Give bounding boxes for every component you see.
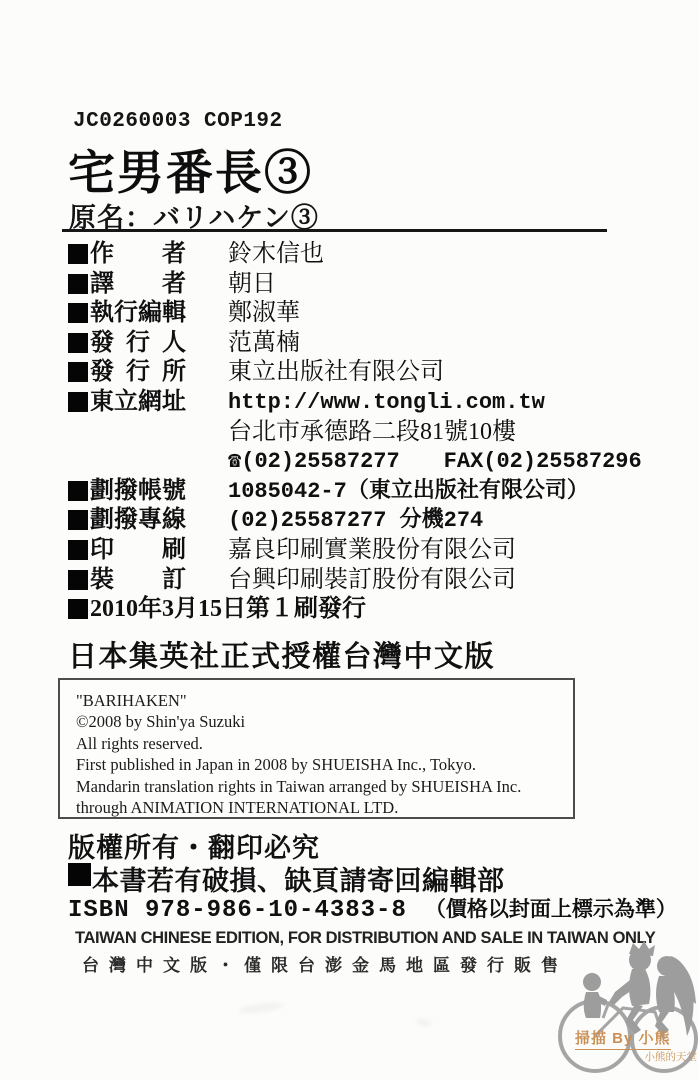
row-value: 東立出版社有限公司 — [228, 359, 444, 386]
row-label: 東立網址 — [90, 389, 186, 416]
row-label: 作者 — [90, 241, 186, 268]
bullet-square-icon — [68, 303, 88, 323]
row-binding: 裝訂 台興印刷裝訂股份有限公司 — [68, 567, 638, 597]
row-executive-editor: 執行編輯 鄭淑華 — [68, 300, 638, 330]
phone-fax-value: ☎(02)25587277 FAX(02)25587296 — [228, 448, 642, 475]
row-value: 朝日 — [228, 271, 276, 298]
row-value: 嘉良印刷實業股份有限公司 — [228, 537, 516, 564]
watermark-text: 掃描 By 小熊 小熊的天堂 — [575, 1030, 697, 1063]
edition-notice-chinese: 台灣中文版・僅限台澎金馬地區發行販售 — [82, 951, 568, 976]
row-value: 鈴木信也 — [228, 241, 324, 268]
row-value: 台興印刷裝訂股份有限公司 — [228, 567, 516, 594]
book-title: 宅男番長③ — [68, 136, 313, 203]
address-value: 台北市承德路二段81號10樓 — [228, 419, 516, 446]
copyright-box: "BARIHAKEN" ©2008 by Shin'ya Suzuki All … — [58, 678, 575, 819]
row-label: 劃撥帳號 — [90, 478, 186, 505]
bullet-square-icon — [68, 570, 88, 590]
bullet-square-icon — [68, 540, 88, 560]
website-url: http://www.tongli.com.tw — [228, 389, 545, 416]
copyright-line: Mandarin translation rights in Taiwan ar… — [76, 776, 573, 797]
row-label: 裝訂 — [90, 567, 186, 594]
license-heading: 日本集英社正式授權台灣中文版 — [68, 634, 495, 675]
row-label: 發行所 — [90, 359, 186, 386]
bullet-square-icon — [68, 362, 88, 382]
row-publisher-person: 發行人 范萬楠 — [68, 330, 638, 360]
row-phone-fax: ☎(02)25587277 FAX(02)25587296 — [68, 448, 638, 478]
bullet-square-icon — [68, 510, 88, 530]
print-date: 2010年3月15日第１刷發行 — [90, 596, 366, 623]
watermark-line2: 小熊的天堂 — [575, 1052, 697, 1064]
bullet-square-icon — [68, 481, 88, 501]
row-value: 范萬楠 — [228, 330, 300, 357]
row-print-date: 2010年3月15日第１刷發行 — [68, 596, 638, 626]
scan-smudge — [238, 1001, 285, 1015]
copyright-line: ©2008 by Shin'ya Suzuki — [76, 711, 573, 732]
row-postal-account: 劃撥帳號 1085042-7（東立出版社有限公司） — [68, 478, 638, 508]
bullet-square-icon — [68, 392, 88, 412]
product-code: JC0260003 COP192 — [73, 110, 283, 133]
copyright-line: All rights reserved. — [76, 733, 573, 754]
isbn-line: ISBN 978-986-10-4383-8 （價格以封面上標示為準） — [68, 893, 677, 924]
scan-smudge — [415, 1017, 432, 1027]
divider-rule — [62, 229, 607, 232]
copyright-line: through ANIMATION INTERNATIONAL LTD. — [76, 797, 573, 818]
row-value: 鄭淑華 — [228, 300, 300, 327]
row-website: 東立網址 http://www.tongli.com.tw — [68, 389, 638, 419]
bullet-square-icon — [68, 244, 88, 264]
bullet-square-icon — [68, 333, 88, 353]
colophon-page: JC0260003 COP192 宅男番長③ 原名：バリハケン③ 作者 鈴木信也… — [0, 0, 698, 1080]
bullet-square-icon — [68, 274, 88, 294]
copyright-line: First published in Japan in 2008 by SHUE… — [76, 754, 573, 775]
row-translator: 譯者 朝日 — [68, 271, 638, 301]
row-label: 發行人 — [90, 330, 186, 357]
row-value: (02)25587277 分機274 — [228, 507, 483, 534]
row-address: 台北市承德路二段81號10樓 — [68, 419, 638, 449]
isbn-code: ISBN 978-986-10-4383-8 — [68, 897, 407, 924]
row-value: 1085042-7（東立出版社有限公司） — [228, 478, 589, 505]
row-printing: 印刷 嘉良印刷實業股份有限公司 — [68, 537, 638, 567]
colophon-table: 作者 鈴木信也 譯者 朝日 執行編輯 鄭淑華 發行人 范萬楠 發行所 東立出版社… — [68, 241, 638, 626]
row-label: 劃撥專線 — [90, 507, 186, 534]
row-publishing-house: 發行所 東立出版社有限公司 — [68, 359, 638, 389]
row-author: 作者 鈴木信也 — [68, 241, 638, 271]
watermark-line1: 掃描 By 小熊 — [575, 1031, 671, 1050]
price-note: （價格以封面上標示為準） — [425, 893, 677, 923]
bullet-square-icon — [68, 863, 91, 886]
copyright-line: "BARIHAKEN" — [76, 690, 573, 711]
row-label: 印刷 — [90, 537, 186, 564]
row-label: 譯者 — [90, 271, 186, 298]
row-label: 執行編輯 — [90, 300, 186, 327]
bullet-square-icon — [68, 599, 88, 619]
row-postal-hotline: 劃撥專線 (02)25587277 分機274 — [68, 507, 638, 537]
